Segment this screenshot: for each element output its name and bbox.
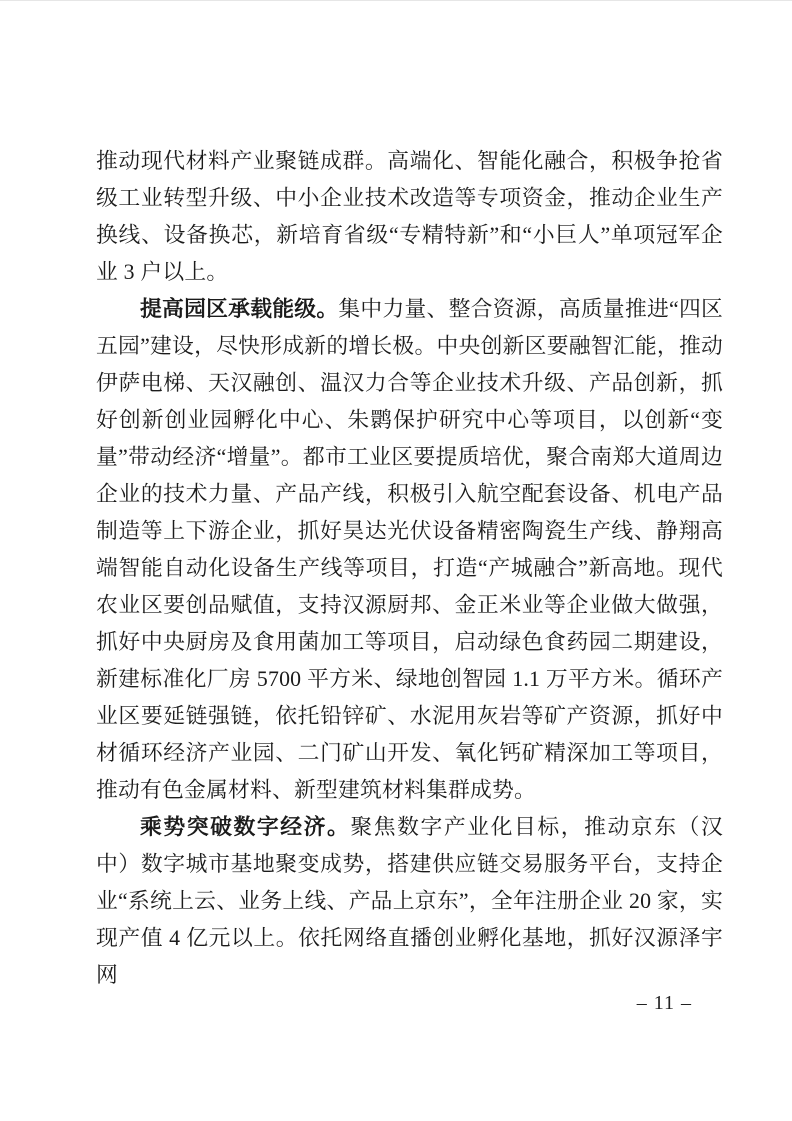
paragraph-lead: 乘势突破数字经济。 bbox=[140, 815, 350, 839]
paragraph-lead: 提高园区承载能级。 bbox=[140, 297, 338, 321]
paragraph: 提高园区承载能级。集中力量、整合资源，高质量推进“四区五园”建设，尽快形成新的增… bbox=[96, 291, 723, 809]
paragraph-text: 推动现代材料产业聚链成群。高端化、智能化融合，积极争抢省级工业转型升级、中小企业… bbox=[96, 149, 723, 284]
paragraph-text: 集中力量、整合资源，高质量推进“四区五园”建设，尽快形成新的增长极。中央创新区要… bbox=[96, 297, 723, 802]
paragraph: 推动现代材料产业聚链成群。高端化、智能化融合，积极争抢省级工业转型升级、中小企业… bbox=[96, 143, 723, 291]
document-body: 推动现代材料产业聚链成群。高端化、智能化融合，积极争抢省级工业转型升级、中小企业… bbox=[96, 143, 723, 994]
page-number: – 11 – bbox=[637, 992, 692, 1014]
paragraph: 乘势突破数字经济。聚焦数字产业化目标，推动京东（汉中）数字城市基地聚变成势，搭建… bbox=[96, 809, 723, 994]
paragraph-text: 聚焦数字产业化目标，推动京东（汉中）数字城市基地聚变成势，搭建供应链交易服务平台… bbox=[96, 815, 723, 987]
document-page: 推动现代材料产业聚链成群。高端化、智能化融合，积极争抢省级工业转型升级、中小企业… bbox=[0, 0, 792, 1121]
